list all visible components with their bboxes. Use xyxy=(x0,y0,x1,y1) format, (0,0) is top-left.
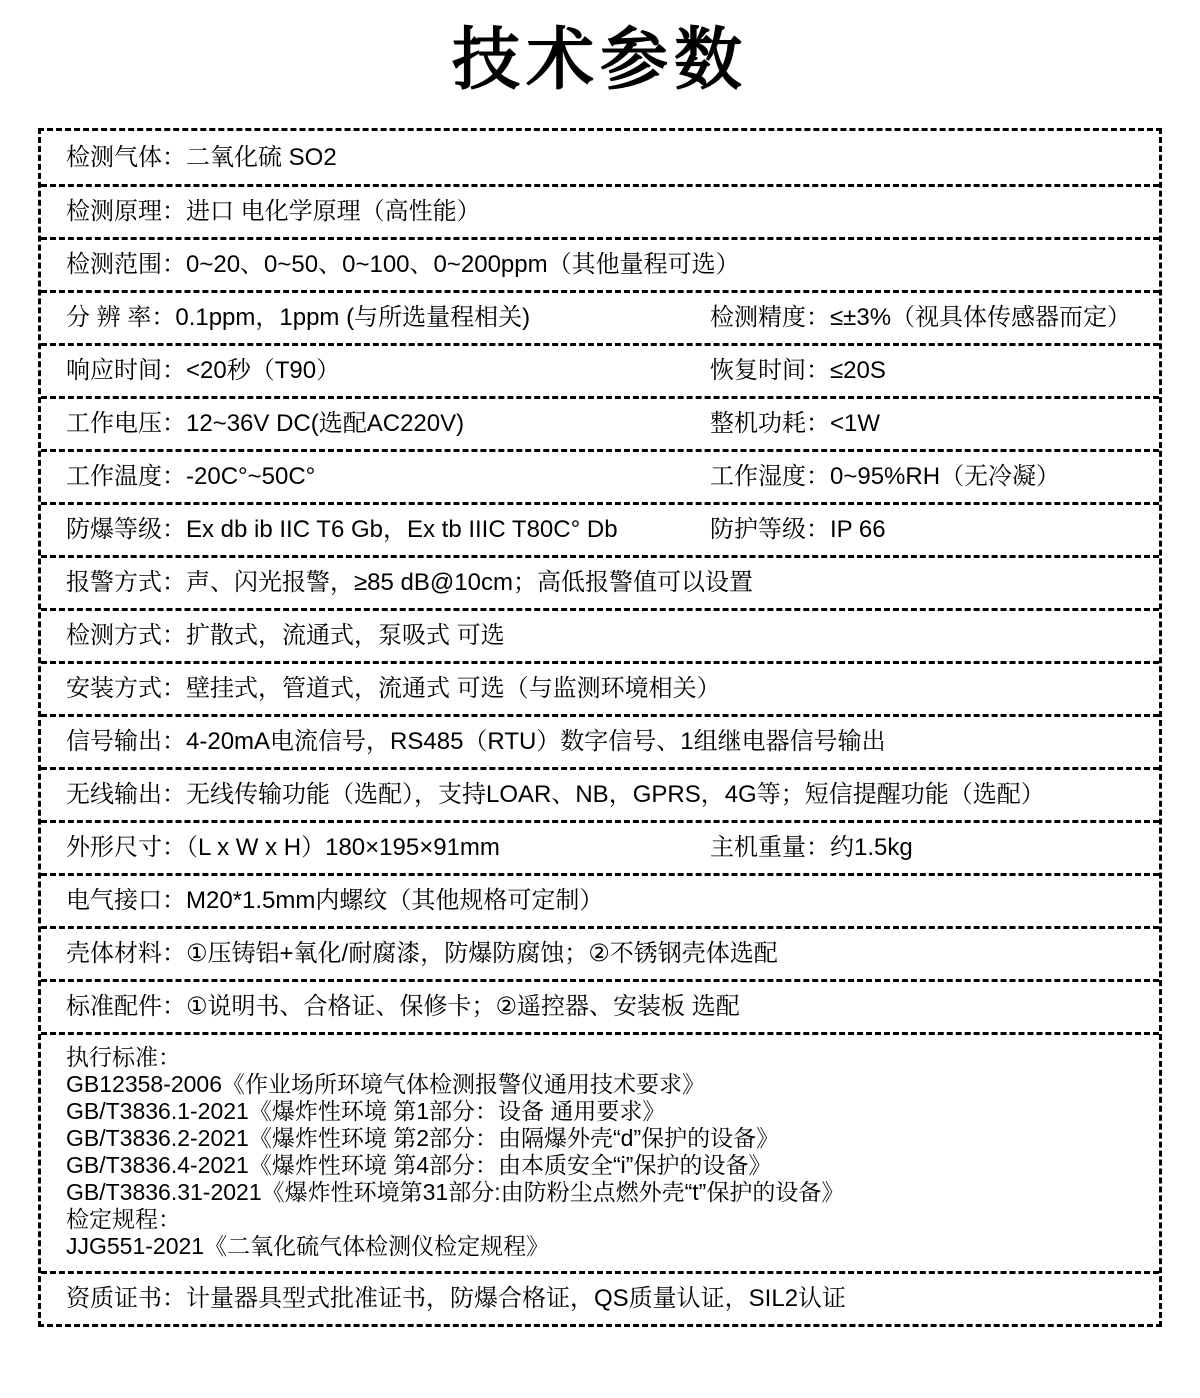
spec-cell: 检测范围：0~20、0~50、0~100、0~200ppm（其他量程可选） xyxy=(41,240,1159,290)
spec-cell: 整机功耗：<1W xyxy=(710,399,1159,449)
page-title: 技术参数 xyxy=(0,0,1200,103)
spec-cell: 报警方式：声、闪光报警，≥85 dB@10cm；高低报警值可以设置 xyxy=(41,558,1159,608)
spec-label-colon: ： xyxy=(162,728,186,755)
spec-value: Ex db ib IIC T6 Gb，Ex tb IIIC T80C° Db xyxy=(186,516,618,543)
spec-value: ≤±3%（视具体传感器而定） xyxy=(830,304,1131,331)
spec-row: 资质证书：计量器具型式批准证书，防爆合格证，QS质量认证，SIL2认证 xyxy=(41,1271,1159,1324)
spec-label: 整机功耗 xyxy=(710,410,806,437)
spec-value: 12~36V DC(选配AC220V) xyxy=(186,410,464,437)
spec-label: 分 辨 率 xyxy=(66,304,151,331)
spec-cell: 外形尺寸：（L x W x H）180×195×91mm xyxy=(41,823,710,873)
spec-label: 工作湿度 xyxy=(710,463,806,490)
spec-label: 检测气体 xyxy=(66,144,162,171)
spec-label-colon: ： xyxy=(806,304,830,331)
spec-label-colon: ： xyxy=(806,410,830,437)
spec-sheet-page: 技术参数 检测气体：二氧化硫 SO2检测原理：进口 电化学原理（高性能）检测范围… xyxy=(0,0,1200,1398)
spec-row: 壳体材料：①压铸铝+氧化/耐腐漆，防爆防腐蚀；②不锈钢壳体选配 xyxy=(41,926,1159,979)
spec-row: 报警方式：声、闪光报警，≥85 dB@10cm；高低报警值可以设置 xyxy=(41,555,1159,608)
spec-cell: 主机重量：约1.5kg xyxy=(710,823,1159,873)
spec-value: （L x W x H）180×195×91mm xyxy=(186,834,500,861)
spec-label: 资质证书 xyxy=(66,1285,162,1312)
spec-row: 安装方式：壁挂式，管道式，流通式 可选（与监测环境相关） xyxy=(41,661,1159,714)
spec-label-colon: ： xyxy=(162,357,186,384)
spec-label: 工作温度 xyxy=(66,463,162,490)
spec-line: 检定规程： xyxy=(66,1206,1145,1233)
spec-cell: 恢复时间：≤20S xyxy=(710,346,1159,396)
spec-label: 检测原理 xyxy=(66,198,162,225)
spec-cell: 工作电压：12~36V DC(选配AC220V) xyxy=(41,399,710,449)
spec-value: <20秒（T90） xyxy=(186,357,340,384)
spec-value: IP 66 xyxy=(830,516,886,543)
spec-value: ①压铸铝+氧化/耐腐漆，防爆防腐蚀；②不锈钢壳体选配 xyxy=(186,940,778,967)
spec-line: 执行标准： xyxy=(66,1044,1145,1071)
spec-value: 二氧化硫 SO2 xyxy=(186,144,337,171)
spec-line: JJG551-2021《二氧化硫气体检测仪检定规程》 xyxy=(66,1233,1145,1260)
spec-cell: 检测原理：进口 电化学原理（高性能） xyxy=(41,187,1159,237)
spec-label: 外形尺寸 xyxy=(66,834,162,861)
spec-label-colon: ： xyxy=(806,834,830,861)
spec-cell: 防护等级：IP 66 xyxy=(710,505,1159,555)
spec-table: 检测气体：二氧化硫 SO2检测原理：进口 电化学原理（高性能）检测范围：0~20… xyxy=(38,128,1162,1327)
spec-value: 声、闪光报警，≥85 dB@10cm；高低报警值可以设置 xyxy=(186,569,753,596)
spec-label: 工作电压 xyxy=(66,410,162,437)
spec-line: GB/T3836.2-2021《爆炸性环境 第2部分：由隔爆外壳“d”保护的设备… xyxy=(66,1125,1145,1152)
spec-label: 响应时间 xyxy=(66,357,162,384)
spec-row-multiline: 执行标准：GB12358-2006《作业场所环境气体检测报警仪通用技术要求》GB… xyxy=(41,1032,1159,1271)
spec-cell: 安装方式：壁挂式，管道式，流通式 可选（与监测环境相关） xyxy=(41,664,1159,714)
spec-row: 检测气体：二氧化硫 SO2 xyxy=(41,131,1159,184)
spec-label-colon: ： xyxy=(162,675,186,702)
spec-label: 标准配件 xyxy=(66,993,162,1020)
spec-label-colon: ： xyxy=(162,1285,186,1312)
spec-cell: 检测精度：≤±3%（视具体传感器而定） xyxy=(710,293,1159,343)
spec-label-colon: ： xyxy=(806,463,830,490)
spec-value: 无线传输功能（选配），支持LOAR、NB，GPRS，4G等；短信提醒功能（选配） xyxy=(186,781,1045,808)
spec-value: -20C°~50C° xyxy=(186,463,315,490)
spec-value: 壁挂式，管道式，流通式 可选（与监测环境相关） xyxy=(186,675,721,702)
spec-label: 检测范围 xyxy=(66,251,162,278)
spec-row: 电气接口：M20*1.5mm内螺纹（其他规格可定制） xyxy=(41,873,1159,926)
spec-label: 壳体材料 xyxy=(66,940,162,967)
spec-label: 无线输出 xyxy=(66,781,162,808)
spec-label: 防爆等级 xyxy=(66,516,162,543)
spec-value: 进口 电化学原理（高性能） xyxy=(186,198,481,225)
spec-label-colon: ： xyxy=(162,622,186,649)
spec-value: 扩散式，流通式，泵吸式 可选 xyxy=(186,622,505,649)
spec-row: 工作电压：12~36V DC(选配AC220V)整机功耗：<1W xyxy=(41,396,1159,449)
spec-label-colon: ： xyxy=(162,834,186,861)
spec-value: 0.1ppm，1ppm (与所选量程相关) xyxy=(175,304,530,331)
spec-label-colon: ： xyxy=(806,516,830,543)
spec-row: 工作温度：-20C°~50C°工作湿度：0~95%RH（无冷凝） xyxy=(41,449,1159,502)
spec-cell: 资质证书：计量器具型式批准证书，防爆合格证，QS质量认证，SIL2认证 xyxy=(41,1274,1159,1324)
spec-label-colon: ： xyxy=(162,569,186,596)
spec-label: 检测精度 xyxy=(710,304,806,331)
spec-row: 检测方式：扩散式，流通式，泵吸式 可选 xyxy=(41,608,1159,661)
spec-row: 无线输出：无线传输功能（选配），支持LOAR、NB，GPRS，4G等；短信提醒功… xyxy=(41,767,1159,820)
spec-label: 防护等级 xyxy=(710,516,806,543)
spec-row: 信号输出：4-20mA电流信号，RS485（RTU）数字信号、1组继电器信号输出 xyxy=(41,714,1159,767)
spec-row: 外形尺寸：（L x W x H）180×195×91mm主机重量：约1.5kg xyxy=(41,820,1159,873)
spec-label: 报警方式 xyxy=(66,569,162,596)
spec-label-colon: ： xyxy=(162,198,186,225)
spec-label-colon: ： xyxy=(162,144,186,171)
spec-value: ①说明书、合格证、保修卡；②遥控器、安装板 选配 xyxy=(186,993,740,1020)
spec-label: 恢复时间 xyxy=(710,357,806,384)
spec-cell: 响应时间：<20秒（T90） xyxy=(41,346,710,396)
spec-label-colon: ： xyxy=(162,410,186,437)
spec-line: GB12358-2006《作业场所环境气体检测报警仪通用技术要求》 xyxy=(66,1071,1145,1098)
spec-label: 主机重量 xyxy=(710,834,806,861)
spec-cell: 分 辨 率：0.1ppm，1ppm (与所选量程相关) xyxy=(41,293,710,343)
spec-value: ≤20S xyxy=(830,357,886,384)
spec-label: 信号输出 xyxy=(66,728,162,755)
spec-cell: 无线输出：无线传输功能（选配），支持LOAR、NB，GPRS，4G等；短信提醒功… xyxy=(41,770,1159,820)
spec-value: <1W xyxy=(830,410,880,437)
spec-label-colon: ： xyxy=(806,357,830,384)
spec-cell: 电气接口：M20*1.5mm内螺纹（其他规格可定制） xyxy=(41,876,1159,926)
spec-label: 安装方式 xyxy=(66,675,162,702)
spec-row: 检测原理：进口 电化学原理（高性能） xyxy=(41,184,1159,237)
spec-label-colon: ： xyxy=(162,516,186,543)
spec-line: GB/T3836.4-2021《爆炸性环境 第4部分：由本质安全“i”保护的设备… xyxy=(66,1152,1145,1179)
spec-row: 防爆等级：Ex db ib IIC T6 Gb，Ex tb IIIC T80C°… xyxy=(41,502,1159,555)
spec-row: 分 辨 率：0.1ppm，1ppm (与所选量程相关)检测精度：≤±3%（视具体… xyxy=(41,290,1159,343)
spec-row: 检测范围：0~20、0~50、0~100、0~200ppm（其他量程可选） xyxy=(41,237,1159,290)
spec-line: GB/T3836.1-2021《爆炸性环境 第1部分：设备 通用要求》 xyxy=(66,1098,1145,1125)
spec-label: 检测方式 xyxy=(66,622,162,649)
spec-cell: 壳体材料：①压铸铝+氧化/耐腐漆，防爆防腐蚀；②不锈钢壳体选配 xyxy=(41,929,1159,979)
spec-cell: 检测气体：二氧化硫 SO2 xyxy=(41,133,1159,183)
spec-cell: 工作温度：-20C°~50C° xyxy=(41,452,710,502)
spec-label-colon: ： xyxy=(162,993,186,1020)
spec-row: 响应时间：<20秒（T90）恢复时间：≤20S xyxy=(41,343,1159,396)
spec-cell: 工作湿度：0~95%RH（无冷凝） xyxy=(710,452,1159,502)
spec-cell: 信号输出：4-20mA电流信号，RS485（RTU）数字信号、1组继电器信号输出 xyxy=(41,717,1159,767)
spec-label-colon: ： xyxy=(162,251,186,278)
spec-label: 电气接口 xyxy=(66,887,162,914)
spec-label-colon: ： xyxy=(151,304,175,331)
spec-label-colon: ： xyxy=(162,781,186,808)
spec-cell: 标准配件：①说明书、合格证、保修卡；②遥控器、安装板 选配 xyxy=(41,982,1159,1032)
spec-cell: 检测方式：扩散式，流通式，泵吸式 可选 xyxy=(41,611,1159,661)
spec-value: 0~95%RH（无冷凝） xyxy=(830,463,1060,490)
spec-value: 计量器具型式批准证书，防爆合格证，QS质量认证，SIL2认证 xyxy=(186,1285,846,1312)
spec-value: 0~20、0~50、0~100、0~200ppm（其他量程可选） xyxy=(186,251,740,278)
spec-row: 标准配件：①说明书、合格证、保修卡；②遥控器、安装板 选配 xyxy=(41,979,1159,1032)
spec-value: 4-20mA电流信号，RS485（RTU）数字信号、1组继电器信号输出 xyxy=(186,728,886,755)
spec-cell: 防爆等级：Ex db ib IIC T6 Gb，Ex tb IIIC T80C°… xyxy=(41,505,710,555)
spec-line: GB/T3836.31-2021《爆炸性环境第31部分:由防粉尘点燃外壳“t”保… xyxy=(66,1179,1145,1206)
spec-label-colon: ： xyxy=(162,887,186,914)
spec-label-colon: ： xyxy=(162,940,186,967)
spec-value: M20*1.5mm内螺纹（其他规格可定制） xyxy=(186,887,603,914)
spec-value: 约1.5kg xyxy=(830,834,913,861)
spec-label-colon: ： xyxy=(162,463,186,490)
